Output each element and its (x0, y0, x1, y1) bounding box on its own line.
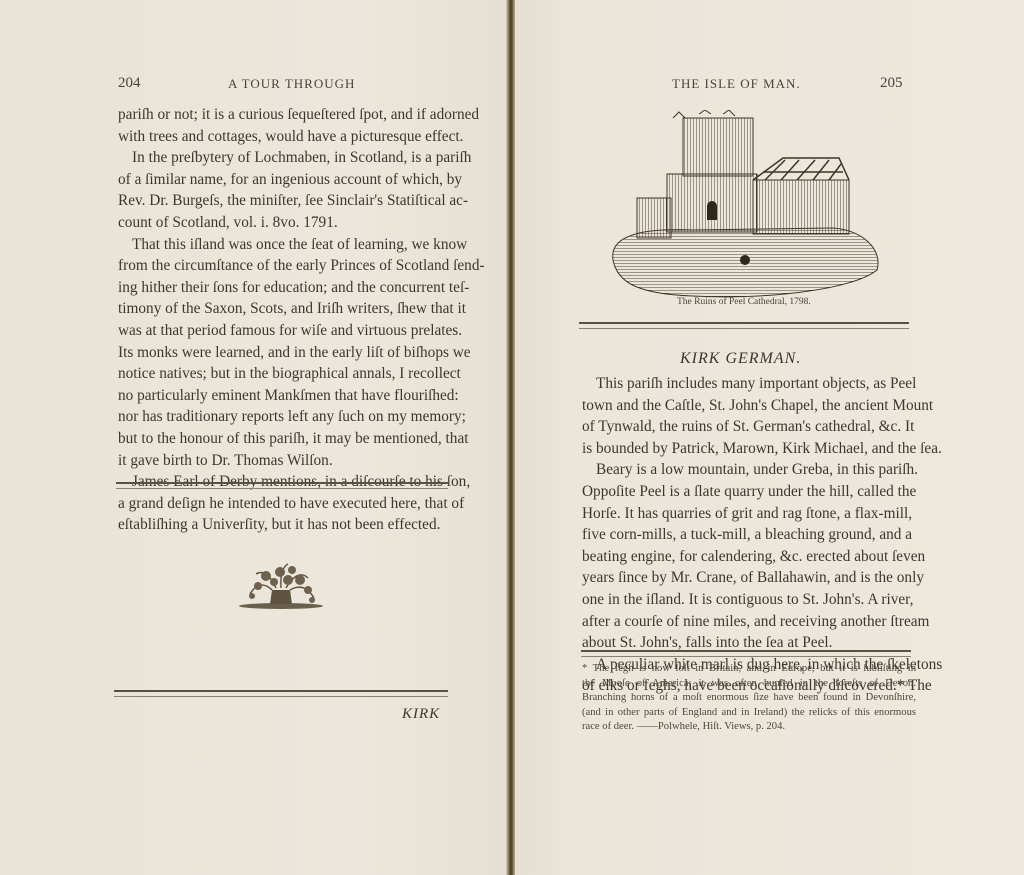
text-line: count of Scotland, vol. i. 8vo. 1791. (118, 212, 448, 234)
text-line: Beary is a low mountain, under Greba, in… (582, 459, 912, 481)
text-line: That this iſland was once the ſeat of le… (118, 234, 448, 256)
running-head: A TOUR THROUGH (228, 76, 355, 92)
section-rule (116, 482, 448, 489)
text-line: years ſince by Mr. Crane, of Ballahawin,… (582, 567, 912, 589)
text-line: Its monks were learned, and in the early… (118, 342, 448, 364)
tailpiece-ornament-icon (236, 560, 326, 612)
text-line: of a ſimilar name, for an ingenious acco… (118, 169, 448, 191)
catchword: KIRK (402, 706, 440, 723)
bottom-rule (114, 690, 448, 697)
text-line: but to the honour of this pariſh, it may… (118, 428, 448, 450)
text-line: In the preſbytery of Lochmaben, in Scotl… (118, 147, 448, 169)
section-rule (579, 322, 909, 329)
text-line: with trees and cottages, would have a pi… (118, 126, 448, 148)
text-line: it gave birth to Dr. Thomas Wilſon. (118, 450, 448, 472)
footnote-line: Branching horns of a moſt enormous ſize … (582, 691, 916, 706)
page-number: 205 (880, 75, 903, 92)
text-line: ing hither their ſons for education; and… (118, 277, 448, 299)
footnote-line: * The fegh is now loſt in Britain, and i… (582, 662, 916, 677)
castle-engraving-icon (603, 110, 883, 300)
text-line: timony of the Saxon, Scots, and Iriſh wr… (118, 298, 448, 320)
footnote-line: the Mooſe of America; it was often hunte… (582, 677, 916, 692)
text-line: from the circumſtance of the early Princ… (118, 255, 448, 277)
text-line: This pariſh includes many important obje… (582, 373, 912, 395)
text-line: one in the iſland. It is contiguous to S… (582, 589, 912, 611)
right-page: THE ISLE OF MAN. 205 (515, 0, 1024, 875)
footnote-line: (and in other parts of England and in Ir… (582, 706, 916, 721)
body-text: This pariſh includes many important obje… (582, 373, 912, 697)
text-line: nor has traditionary reports left any ſu… (118, 406, 448, 428)
section-heading: KIRK GERMAN. (680, 350, 801, 368)
text-line: of Tynwald, the ruins of St. German's ca… (582, 416, 912, 438)
text-line: no particularly eminent Mankſmen that ha… (118, 385, 448, 407)
illustration-caption: The Ruins of Peel Cathedral, 1798. (677, 297, 811, 307)
footnote-rule (581, 650, 911, 657)
text-line: five corn-mills, a tuck-mill, a bleachin… (582, 524, 912, 546)
text-line: is bounded by Patrick, Marown, Kirk Mich… (582, 438, 912, 460)
left-page: 204 A TOUR THROUGH pariſh or not; it is … (0, 0, 509, 875)
text-line: Horſe. It has quarries of grit and rag ſ… (582, 503, 912, 525)
text-line: notice natives; but in the biographical … (118, 363, 448, 385)
text-line: after a courſe of nine miles, and receiv… (582, 611, 912, 633)
text-line: was at that period famous for wiſe and v… (118, 320, 448, 342)
text-line: a grand deſign he intended to have execu… (118, 493, 448, 515)
footnote: * The fegh is now loſt in Britain, and i… (582, 662, 916, 735)
page-number: 204 (118, 75, 141, 92)
text-line: town and the Caſtle, St. John's Chapel, … (582, 395, 912, 417)
running-head: THE ISLE OF MAN. (672, 76, 801, 92)
text-line: beating engine, for calendering, &c. ere… (582, 546, 912, 568)
body-text: pariſh or not; it is a curious ſequeſter… (118, 104, 448, 536)
text-line: pariſh or not; it is a curious ſequeſter… (118, 104, 448, 126)
footnote-line: race of deer. ——Polwhele, Hiſt. Views, p… (582, 720, 916, 735)
text-line: Oppoſite Peel is a ſlate quarry under th… (582, 481, 912, 503)
text-line: eſtabliſhing a Univerſity, but it has no… (118, 514, 448, 536)
text-line: Rev. Dr. Burgeſs, the miniſter, ſee Sinc… (118, 190, 448, 212)
book-spread: 204 A TOUR THROUGH pariſh or not; it is … (0, 0, 1024, 875)
